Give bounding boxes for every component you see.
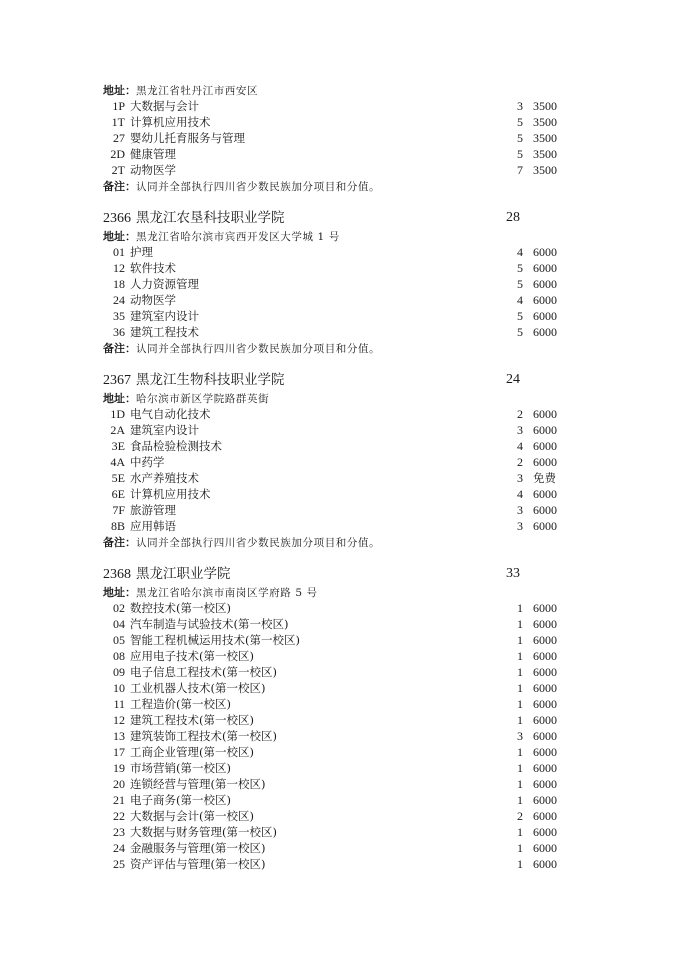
tuition-fee: 6000: [533, 840, 557, 856]
school-header: 2367黑龙江生物科技职业学院24: [103, 370, 563, 390]
major-row: 18人力资源管理56000: [103, 276, 563, 292]
tuition-fee: 6000: [533, 696, 557, 712]
school-header: 2368黑龙江职业学院33: [103, 564, 563, 584]
plan-count: 1: [511, 792, 523, 808]
major-row: 19市场营销(第一校区)16000: [103, 760, 563, 776]
school-section: 2366黑龙江农垦科技职业学院28地址：黑龙江省哈尔滨市宾西开发区大学城 1 号…: [103, 208, 563, 356]
major-name: 婴幼儿托育服务与管理: [130, 131, 245, 145]
major-name: 计算机应用技术: [130, 115, 211, 129]
major-name: 应用韩语: [130, 519, 176, 533]
plan-count: 3: [511, 422, 523, 438]
major-row: 8B应用韩语36000: [103, 518, 563, 534]
tuition-fee: 6000: [533, 680, 557, 696]
plan-count: 1: [511, 600, 523, 616]
plan-count: 3: [511, 518, 523, 534]
major-row: 6E计算机应用技术46000: [103, 486, 563, 502]
major-row: 1D电气自动化技术26000: [103, 406, 563, 422]
major-name: 护理: [130, 245, 153, 259]
tuition-fee: 6000: [533, 308, 557, 324]
note-label: 备注：: [103, 180, 136, 193]
major-code: 10: [109, 680, 125, 696]
major-name: 汽车制造与试验技术(第一校区): [130, 617, 288, 631]
tuition-fee: 6000: [533, 454, 557, 470]
major-name: 食品检验检测技术: [130, 439, 222, 453]
major-row: 24动物医学46000: [103, 292, 563, 308]
major-code: 05: [109, 632, 125, 648]
major-row: 09电子信息工程技术(第一校区)16000: [103, 664, 563, 680]
major-code: 1T: [109, 114, 125, 130]
tuition-fee: 6000: [533, 744, 557, 760]
major-name: 数控技术(第一校区): [130, 601, 231, 615]
major-name: 中药学: [130, 455, 165, 469]
plan-count: 1: [511, 696, 523, 712]
plan-count: 1: [511, 632, 523, 648]
major-name: 大数据与财务管理(第一校区): [130, 825, 277, 839]
major-code: 1D: [109, 406, 125, 422]
major-row: 22大数据与会计(第一校区)26000: [103, 808, 563, 824]
tuition-fee: 6000: [533, 792, 557, 808]
note-text: 认同并全部执行四川省少数民族加分项目和分值。: [136, 537, 380, 549]
plan-count: 2: [511, 406, 523, 422]
plan-count: 3: [511, 470, 523, 486]
tuition-fee: 6000: [533, 292, 557, 308]
major-code: 08: [109, 648, 125, 664]
major-code: 35: [109, 308, 125, 324]
plan-count: 5: [511, 324, 523, 340]
school-section: 2368黑龙江职业学院33地址：黑龙江省哈尔滨市南岗区学府路 5 号02数控技术…: [103, 564, 563, 872]
major-name: 健康管理: [130, 147, 176, 161]
tuition-fee: 免费: [533, 470, 556, 486]
major-code: 13: [109, 728, 125, 744]
major-row: 7F旅游管理36000: [103, 502, 563, 518]
major-code: 17: [109, 744, 125, 760]
major-code: 4A: [109, 454, 125, 470]
tuition-fee: 3500: [533, 146, 557, 162]
major-row: 25资产评估与管理(第一校区)16000: [103, 856, 563, 872]
plan-count: 1: [511, 712, 523, 728]
major-row: 23大数据与财务管理(第一校区)16000: [103, 824, 563, 840]
major-code: 1P: [109, 98, 125, 114]
tuition-fee: 6000: [533, 276, 557, 292]
major-name: 大数据与会计: [130, 99, 199, 113]
school-total-count: 28: [506, 208, 520, 228]
tuition-fee: 6000: [533, 438, 557, 454]
major-row: 12建筑工程技术(第一校区)16000: [103, 712, 563, 728]
school-note: 备注：认同并全部执行四川省少数民族加分项目和分值。: [103, 534, 563, 550]
school-address: 地址：哈尔滨市新区学院路群英街: [103, 390, 563, 406]
major-code: 19: [109, 760, 125, 776]
school-name: 黑龙江生物科技职业学院: [136, 372, 285, 388]
plan-count: 4: [511, 292, 523, 308]
tuition-fee: 6000: [533, 664, 557, 680]
tuition-fee: 6000: [533, 776, 557, 792]
major-row: 21电子商务(第一校区)16000: [103, 792, 563, 808]
major-name: 金融服务与管理(第一校区): [130, 841, 265, 855]
tuition-fee: 6000: [533, 856, 557, 872]
school-header: 2366黑龙江农垦科技职业学院28: [103, 208, 563, 228]
address-label: 地址：: [103, 392, 136, 405]
major-code: 02: [109, 600, 125, 616]
major-name: 建筑装饰工程技术(第一校区): [130, 729, 277, 743]
major-code: 25: [109, 856, 125, 872]
plan-count: 1: [511, 856, 523, 872]
major-name: 智能工程机械运用技术(第一校区): [130, 633, 300, 647]
major-row: 13建筑装饰工程技术(第一校区)36000: [103, 728, 563, 744]
address-label: 地址：: [103, 586, 136, 599]
major-code: 36: [109, 324, 125, 340]
major-row: 20连锁经营与管理(第一校区)16000: [103, 776, 563, 792]
address-text: 黑龙江省牡丹江市西安区: [136, 85, 258, 97]
major-code: 11: [109, 696, 125, 712]
major-code: 24: [109, 292, 125, 308]
tuition-fee: 6000: [533, 324, 557, 340]
plan-count: 4: [511, 244, 523, 260]
tuition-fee: 3500: [533, 162, 557, 178]
school-address: 地址：黑龙江省哈尔滨市宾西开发区大学城 1 号: [103, 228, 563, 244]
major-name: 工程造价(第一校区): [130, 697, 231, 711]
note-label: 备注：: [103, 342, 136, 355]
major-row: 1T计算机应用技术53500: [103, 114, 563, 130]
tuition-fee: 6000: [533, 518, 557, 534]
major-code: 21: [109, 792, 125, 808]
major-row: 11工程造价(第一校区)16000: [103, 696, 563, 712]
address-text: 黑龙江省哈尔滨市南岗区学府路 5 号: [136, 587, 318, 599]
school-section: 地址：黑龙江省牡丹江市西安区1P大数据与会计335001T计算机应用技术5350…: [103, 82, 563, 194]
school-code: 2366: [103, 211, 131, 226]
major-code: 5E: [109, 470, 125, 486]
major-code: 22: [109, 808, 125, 824]
plan-count: 1: [511, 776, 523, 792]
major-code: 2A: [109, 422, 125, 438]
plan-count: 5: [511, 130, 523, 146]
address-label: 地址：: [103, 230, 136, 243]
major-name: 市场营销(第一校区): [130, 761, 231, 775]
major-row: 5E水产养殖技术3免费: [103, 470, 563, 486]
major-code: 2T: [109, 162, 125, 178]
document-page: 地址：黑龙江省牡丹江市西安区1P大数据与会计335001T计算机应用技术5350…: [103, 82, 563, 872]
major-name: 建筑室内设计: [130, 423, 199, 437]
note-text: 认同并全部执行四川省少数民族加分项目和分值。: [136, 181, 380, 193]
plan-count: 1: [511, 616, 523, 632]
major-row: 2D健康管理53500: [103, 146, 563, 162]
major-code: 27: [109, 130, 125, 146]
school-note: 备注：认同并全部执行四川省少数民族加分项目和分值。: [103, 178, 563, 194]
major-row: 17工商企业管理(第一校区)16000: [103, 744, 563, 760]
major-name: 电子信息工程技术(第一校区): [130, 665, 277, 679]
major-name: 计算机应用技术: [130, 487, 211, 501]
major-name: 建筑室内设计: [130, 309, 199, 323]
tuition-fee: 6000: [533, 406, 557, 422]
plan-count: 5: [511, 146, 523, 162]
major-name: 建筑工程技术(第一校区): [130, 713, 254, 727]
major-code: 3E: [109, 438, 125, 454]
school-section: 2367黑龙江生物科技职业学院24地址：哈尔滨市新区学院路群英街1D电气自动化技…: [103, 370, 563, 550]
tuition-fee: 6000: [533, 502, 557, 518]
school-address: 地址：黑龙江省牡丹江市西安区: [103, 82, 563, 98]
address-label: 地址：: [103, 84, 136, 97]
major-name: 动物医学: [130, 163, 176, 177]
tuition-fee: 6000: [533, 244, 557, 260]
major-row: 10工业机器人技术(第一校区)16000: [103, 680, 563, 696]
school-total-count: 24: [506, 370, 520, 390]
major-row: 24金融服务与管理(第一校区)16000: [103, 840, 563, 856]
school-total-count: 33: [506, 564, 520, 584]
tuition-fee: 3500: [533, 114, 557, 130]
school-code: 2368: [103, 567, 131, 582]
school-address: 地址：黑龙江省哈尔滨市南岗区学府路 5 号: [103, 584, 563, 600]
tuition-fee: 6000: [533, 712, 557, 728]
major-code: 18: [109, 276, 125, 292]
school-note: 备注：认同并全部执行四川省少数民族加分项目和分值。: [103, 340, 563, 356]
note-label: 备注：: [103, 536, 136, 549]
major-name: 工商企业管理(第一校区): [130, 745, 254, 759]
address-text: 黑龙江省哈尔滨市宾西开发区大学城 1 号: [136, 231, 340, 243]
major-code: 2D: [109, 146, 125, 162]
plan-count: 1: [511, 840, 523, 856]
tuition-fee: 6000: [533, 760, 557, 776]
major-code: 20: [109, 776, 125, 792]
school-code: 2367: [103, 373, 131, 388]
tuition-fee: 3500: [533, 130, 557, 146]
major-row: 1P大数据与会计33500: [103, 98, 563, 114]
plan-count: 1: [511, 664, 523, 680]
plan-count: 5: [511, 260, 523, 276]
major-row: 2A建筑室内设计36000: [103, 422, 563, 438]
major-code: 04: [109, 616, 125, 632]
address-text: 哈尔滨市新区学院路群英街: [136, 393, 269, 405]
tuition-fee: 6000: [533, 486, 557, 502]
major-name: 电气自动化技术: [130, 407, 211, 421]
major-name: 水产养殖技术: [130, 471, 199, 485]
tuition-fee: 6000: [533, 824, 557, 840]
tuition-fee: 6000: [533, 648, 557, 664]
major-code: 12: [109, 260, 125, 276]
tuition-fee: 3500: [533, 98, 557, 114]
major-row: 04汽车制造与试验技术(第一校区)16000: [103, 616, 563, 632]
major-code: 7F: [109, 502, 125, 518]
plan-count: 2: [511, 808, 523, 824]
major-name: 资产评估与管理(第一校区): [130, 857, 265, 871]
plan-count: 1: [511, 648, 523, 664]
major-name: 旅游管理: [130, 503, 176, 517]
plan-count: 5: [511, 308, 523, 324]
major-row: 27婴幼儿托育服务与管理53500: [103, 130, 563, 146]
major-code: 6E: [109, 486, 125, 502]
major-name: 人力资源管理: [130, 277, 199, 291]
major-row: 08应用电子技术(第一校区)16000: [103, 648, 563, 664]
plan-count: 4: [511, 486, 523, 502]
major-code: 01: [109, 244, 125, 260]
plan-count: 3: [511, 98, 523, 114]
major-row: 12软件技术56000: [103, 260, 563, 276]
plan-count: 7: [511, 162, 523, 178]
school-name: 黑龙江农垦科技职业学院: [136, 210, 285, 226]
major-code: 8B: [109, 518, 125, 534]
major-name: 动物医学: [130, 293, 176, 307]
major-row: 2T动物医学73500: [103, 162, 563, 178]
major-row: 36建筑工程技术56000: [103, 324, 563, 340]
major-name: 软件技术: [130, 261, 176, 275]
major-code: 23: [109, 824, 125, 840]
plan-count: 2: [511, 454, 523, 470]
school-name: 黑龙江职业学院: [136, 566, 231, 582]
tuition-fee: 6000: [533, 632, 557, 648]
tuition-fee: 6000: [533, 808, 557, 824]
major-name: 建筑工程技术: [130, 325, 199, 339]
plan-count: 3: [511, 728, 523, 744]
major-name: 大数据与会计(第一校区): [130, 809, 254, 823]
major-code: 24: [109, 840, 125, 856]
plan-count: 4: [511, 438, 523, 454]
tuition-fee: 6000: [533, 728, 557, 744]
major-row: 3E食品检验检测技术46000: [103, 438, 563, 454]
major-row: 01护理46000: [103, 244, 563, 260]
major-name: 工业机器人技术(第一校区): [130, 681, 265, 695]
major-row: 02数控技术(第一校区)16000: [103, 600, 563, 616]
plan-count: 1: [511, 680, 523, 696]
plan-count: 1: [511, 760, 523, 776]
major-row: 4A中药学26000: [103, 454, 563, 470]
plan-count: 1: [511, 824, 523, 840]
major-name: 电子商务(第一校区): [130, 793, 231, 807]
note-text: 认同并全部执行四川省少数民族加分项目和分值。: [136, 343, 380, 355]
major-code: 12: [109, 712, 125, 728]
major-row: 05智能工程机械运用技术(第一校区)16000: [103, 632, 563, 648]
plan-count: 1: [511, 744, 523, 760]
major-code: 09: [109, 664, 125, 680]
major-name: 连锁经营与管理(第一校区): [130, 777, 265, 791]
tuition-fee: 6000: [533, 616, 557, 632]
major-name: 应用电子技术(第一校区): [130, 649, 254, 663]
tuition-fee: 6000: [533, 422, 557, 438]
tuition-fee: 6000: [533, 260, 557, 276]
plan-count: 5: [511, 276, 523, 292]
plan-count: 5: [511, 114, 523, 130]
tuition-fee: 6000: [533, 600, 557, 616]
major-row: 35建筑室内设计56000: [103, 308, 563, 324]
plan-count: 3: [511, 502, 523, 518]
